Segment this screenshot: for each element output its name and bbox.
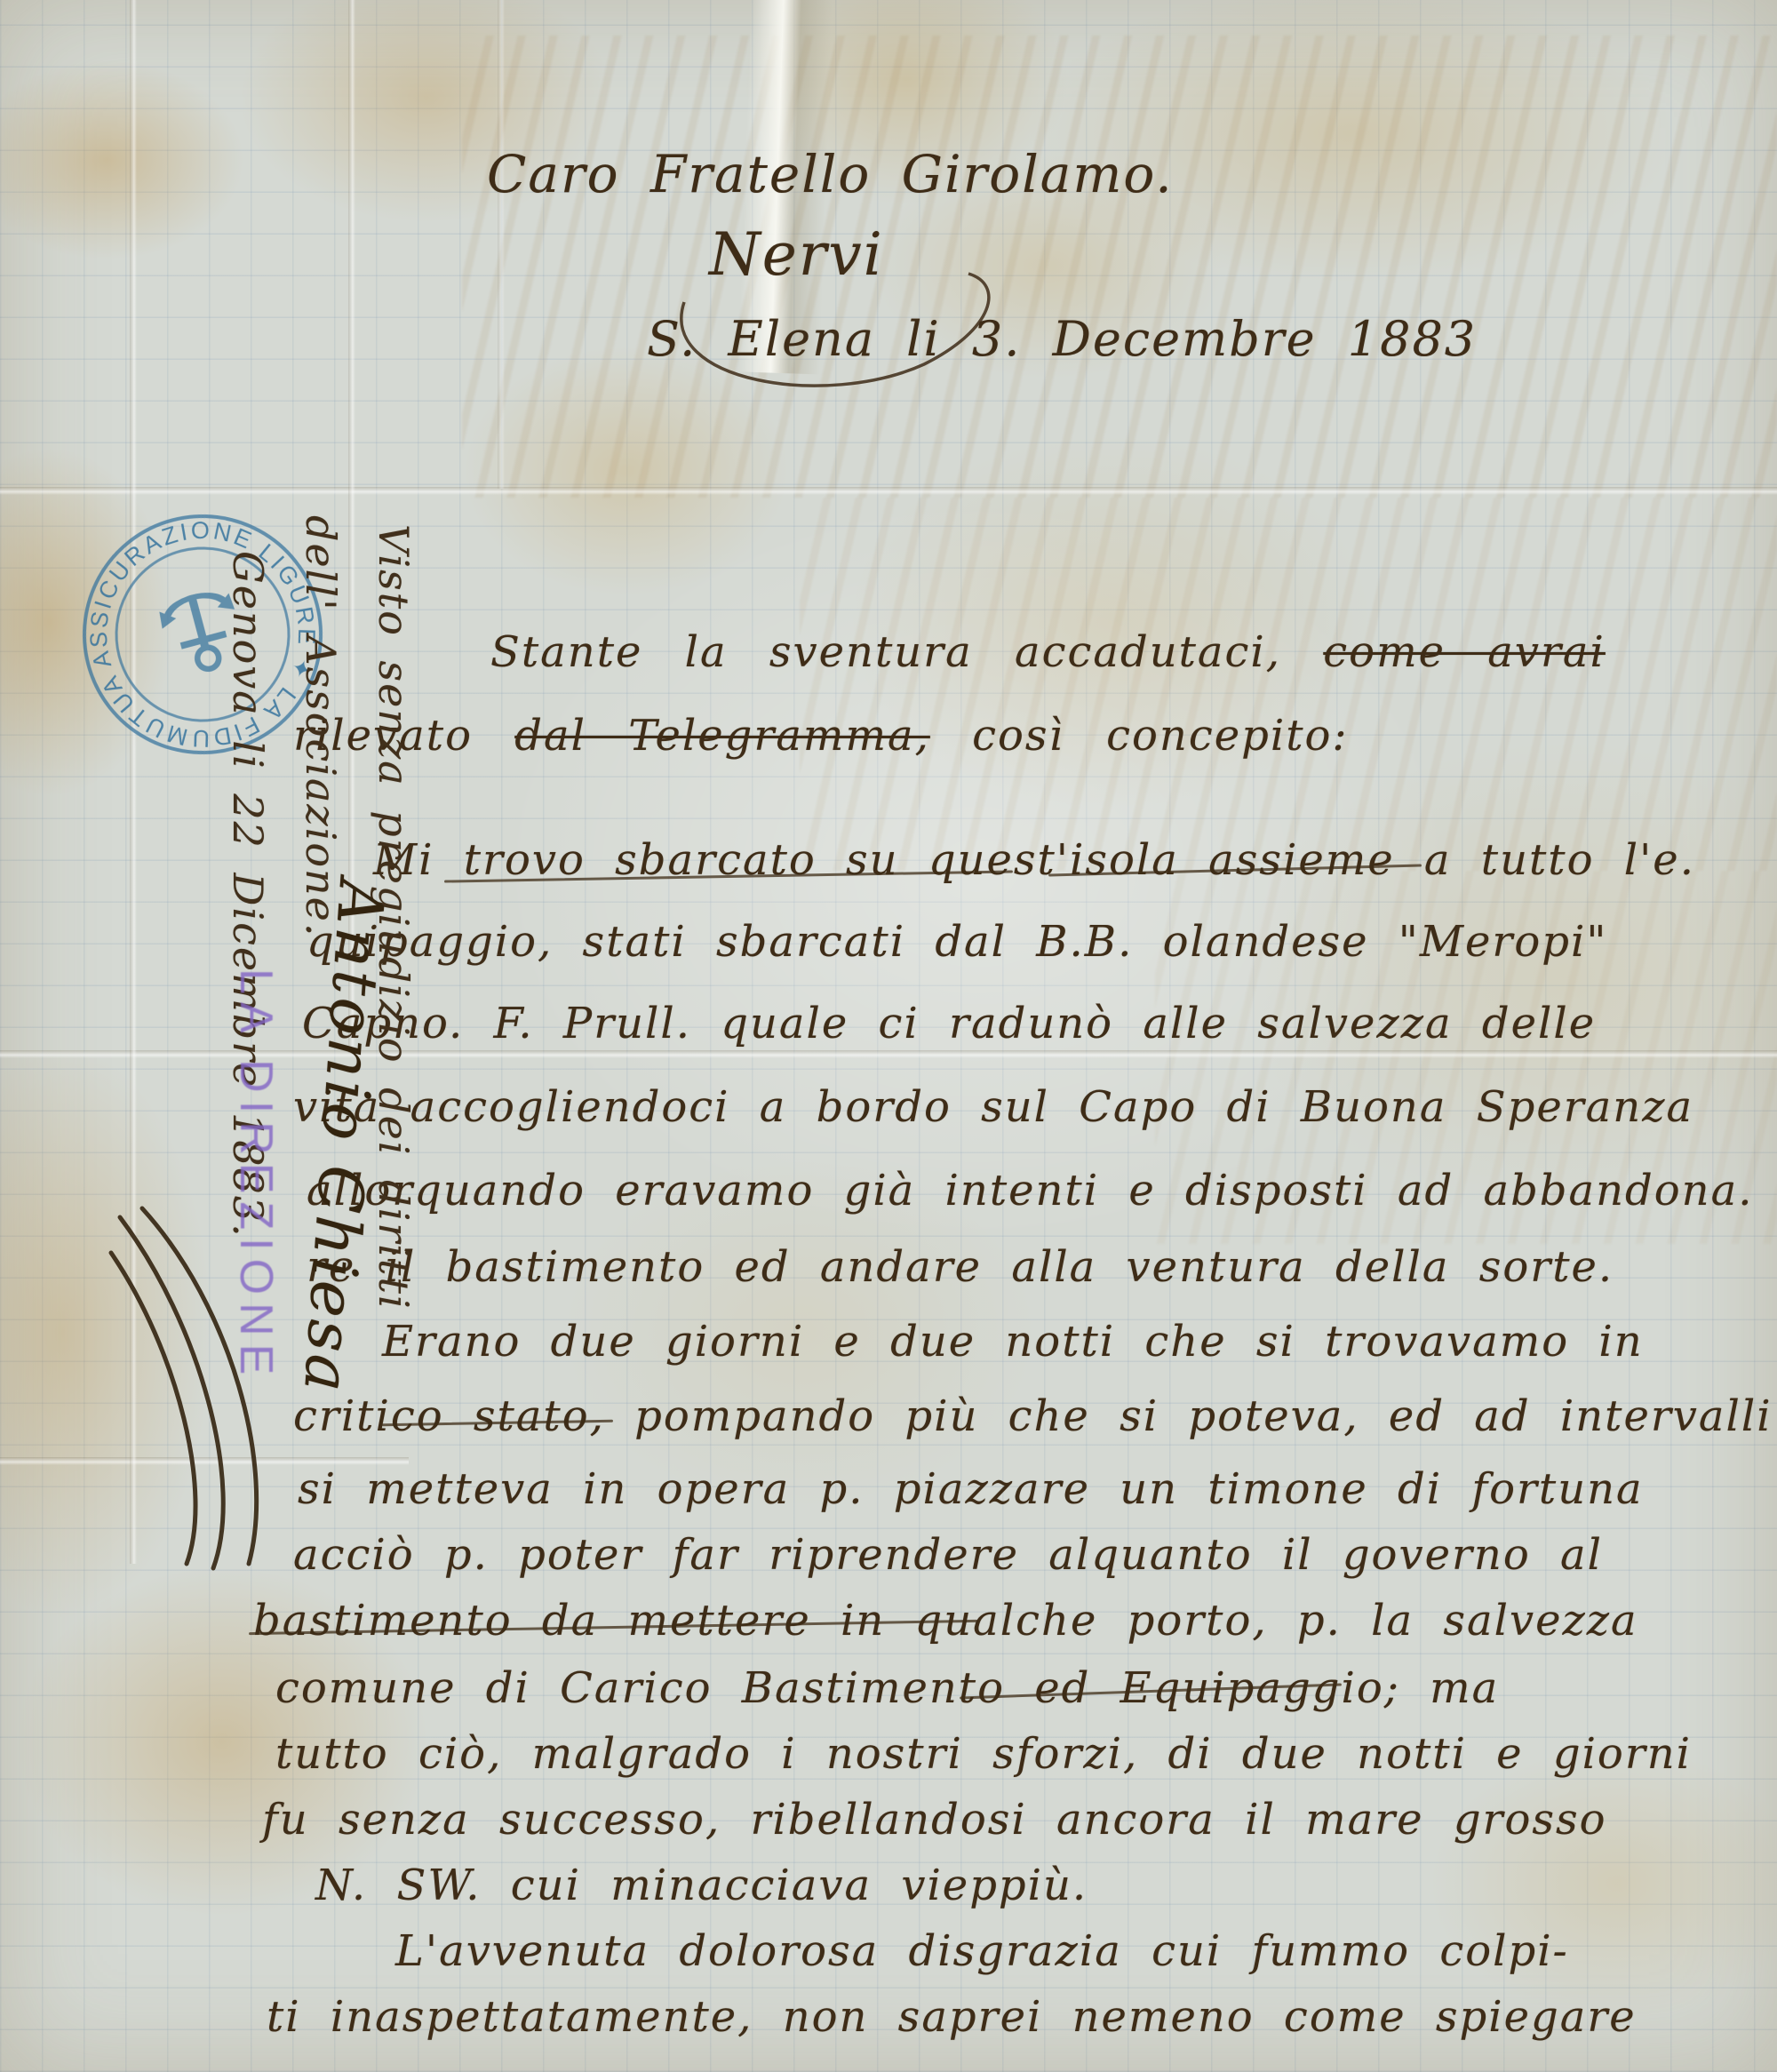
body-line: L'avvenuta dolorosa disgrazia cui fummo … — [395, 1926, 1569, 1976]
body-line: tutto ciò, malgrado i nostri sforzi, di … — [275, 1729, 1692, 1779]
margin-annotation-block: Visto senza pregiudizio dei diritti dell… — [98, 498, 418, 1564]
ink-bleedthrough — [462, 36, 1777, 498]
body-line: bastimento da mettere in qualche porto, … — [253, 1596, 1638, 1646]
salutation: Caro Fratello Girolamo. — [487, 144, 1174, 204]
dateline: S. Elena li 3. Decembre 1883 — [647, 311, 1477, 367]
body-line: acciò p. poter far riprendere alquanto i… — [293, 1530, 1603, 1580]
body-line: quipaggio, stati sbarcati dal B.B. oland… — [307, 917, 1607, 967]
intro-line-1: Stante la sventura accadutaci, come avra… — [490, 627, 1606, 677]
body-line: fu senza successo, ribellandosi ancora i… — [262, 1795, 1607, 1845]
body-line: N. SW. cui minacciava vieppiù. — [315, 1861, 1088, 1910]
intro-line-2-text-b: così concepito: — [930, 711, 1349, 761]
body-line: si metteva in opera p. piazzare un timon… — [298, 1464, 1644, 1514]
body-line: allorquando eravamo già intenti e dispos… — [307, 1166, 1753, 1215]
fold-crease-vertical — [498, 0, 505, 489]
intro-line-1-text: Stante la sventura accadutaci, — [490, 627, 1323, 677]
ink-bleedthrough — [800, 498, 1777, 871]
body-line: comune di Carico Bastimento ed Equipaggi… — [275, 1663, 1499, 1713]
body-line: Capno. F. Prull. quale ci radunò alle sa… — [302, 999, 1596, 1048]
fold-crease-horizontal — [0, 487, 1777, 495]
body-line: ti inaspettatamente, non saprei nemeno c… — [267, 1992, 1637, 2042]
letter-page: Caro Fratello Girolamo. Nervi S. Elena l… — [0, 0, 1777, 2072]
body-line: critico stato, pompando più che si potev… — [293, 1391, 1773, 1441]
direction-stamp: LA DIREZIONE — [229, 968, 283, 1383]
body-line: re il bastimento ed andare alla ventura … — [307, 1242, 1614, 1292]
body-line: Erano due giorni e due notti che si trov… — [382, 1317, 1644, 1367]
body-line: Mi trovo sbarcato su quest'isola assieme… — [373, 835, 1695, 885]
body-line: vita accogliendoci a bordo sul Capo di B… — [293, 1082, 1693, 1132]
margin-association-line: dell' Associazione. — [297, 515, 345, 938]
intro-line-1-struck: come avrai — [1323, 627, 1606, 677]
place-line: Nervi — [709, 220, 884, 289]
intro-line-2: rilevato dal Telegramma, così concepito: — [293, 711, 1349, 761]
intro-line-2-struck: dal Telegramma, — [514, 711, 930, 761]
